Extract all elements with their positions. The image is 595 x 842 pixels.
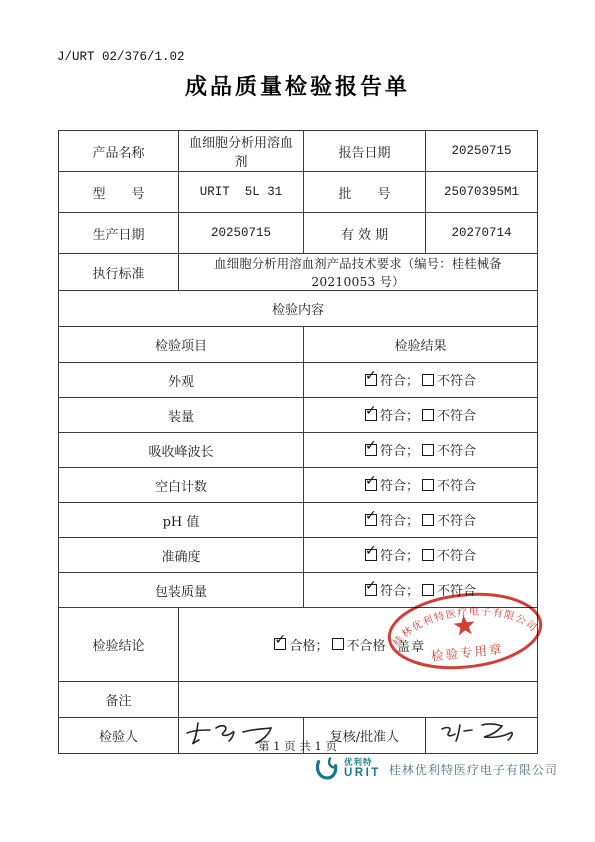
- label-conclusion: 检验结论: [59, 608, 179, 682]
- footer-company-name: 桂林优利特医疗电子有限公司: [389, 761, 558, 778]
- pass-label: 符合；: [380, 510, 419, 529]
- item-name-ph: pH 值: [59, 503, 304, 538]
- item-name-absorption-peak: 吸收峰波长: [59, 433, 304, 468]
- item-name-packaging: 包装质量: [59, 573, 304, 608]
- company-seal-stamp: 桂林优利特医疗电子有限公司 检验专用章: [379, 581, 551, 682]
- checkbox-fail-empty-icon: [422, 409, 434, 421]
- value-model: URIT 5L 31: [179, 172, 304, 213]
- checkbox-pass-checked-icon: ✓: [365, 409, 377, 421]
- value-batch: 25070395M1: [426, 172, 538, 213]
- checkbox-pass-checked-icon: ✓: [365, 374, 377, 386]
- column-header-item: 检验项目: [59, 327, 304, 363]
- value-report-date: 20250715: [426, 131, 538, 172]
- checkbox-fail-empty-icon: [422, 444, 434, 456]
- table-row: 准确度 ✓符合；不符合: [59, 538, 538, 573]
- checkbox-fail-empty-icon: [422, 549, 434, 561]
- label-production-date: 生产日期: [59, 213, 179, 254]
- item-name-accuracy: 准确度: [59, 538, 304, 573]
- page-number: 第 1 页 共 1 页: [0, 738, 595, 754]
- report-page: J/URT 02/376/1.02 成品质量检验报告单 产品名称 血细胞分析用溶…: [0, 0, 595, 842]
- checkbox-fail-empty-icon: [422, 479, 434, 491]
- table-row: 执行标准 血细胞分析用溶血剂产品技术要求（编号：桂桂械备 20210053 号）: [59, 254, 538, 291]
- footer-brand: 优利特 URIT 桂林优利特医疗电子有限公司: [312, 755, 558, 783]
- table-row: 检验内容: [59, 291, 538, 327]
- value-expiry-date: 20270714: [426, 213, 538, 254]
- item-result: ✓符合；不符合: [304, 468, 538, 503]
- table-row: 型 号 URIT 5L 31 批 号 25070395M1: [59, 172, 538, 213]
- conclusion-pass-label: 合格；: [289, 635, 328, 654]
- label-expiry-date: 有 效 期: [304, 213, 426, 254]
- fail-label: 不符合: [437, 510, 476, 529]
- label-product-name: 产品名称: [59, 131, 179, 172]
- table-row: 备注: [59, 682, 538, 718]
- label-report-date: 报告日期: [304, 131, 426, 172]
- item-name-fill-volume: 装量: [59, 398, 304, 433]
- pass-label: 符合；: [380, 370, 419, 389]
- label-model: 型 号: [59, 172, 179, 213]
- table-row: 吸收峰波长 ✓符合；不符合: [59, 433, 538, 468]
- item-result: ✓符合；不符合: [304, 503, 538, 538]
- item-result: ✓符合；不符合: [304, 433, 538, 468]
- item-name-appearance: 外观: [59, 363, 304, 398]
- remarks-value: [179, 682, 538, 718]
- table-row: 装量 ✓符合；不符合: [59, 398, 538, 433]
- urit-logo-icon: [312, 755, 338, 783]
- checkbox-pass-checked-icon: ✓: [274, 638, 286, 650]
- checkbox-pass-checked-icon: ✓: [365, 584, 377, 596]
- seal-label-text: 检验专用章: [430, 641, 504, 663]
- column-header-result: 检验结果: [304, 327, 538, 363]
- item-result: ✓符合；不符合: [304, 363, 538, 398]
- checkbox-pass-checked-icon: ✓: [365, 444, 377, 456]
- label-standard: 执行标准: [59, 254, 179, 291]
- table-row: 生产日期 20250715 有 效 期 20270714: [59, 213, 538, 254]
- checkbox-pass-checked-icon: ✓: [365, 514, 377, 526]
- checkbox-fail-empty-icon: [422, 374, 434, 386]
- fail-label: 不符合: [437, 475, 476, 494]
- table-row: pH 值 ✓符合；不符合: [59, 503, 538, 538]
- item-result: ✓符合；不符合: [304, 538, 538, 573]
- label-remarks: 备注: [59, 682, 179, 718]
- fail-label: 不符合: [437, 440, 476, 459]
- pass-label: 符合；: [380, 475, 419, 494]
- item-result: ✓符合；不符合: [304, 398, 538, 433]
- checkbox-pass-checked-icon: ✓: [365, 549, 377, 561]
- fail-label: 不符合: [437, 545, 476, 564]
- doc-number: J/URT 02/376/1.02: [57, 50, 185, 64]
- logo-text-en: URIT: [344, 768, 381, 780]
- checkbox-fail-empty-icon: [422, 514, 434, 526]
- table-row: 外观 ✓符合；不符合: [59, 363, 538, 398]
- pass-label: 符合；: [380, 405, 419, 424]
- checkbox-fail-empty-icon: [332, 638, 344, 650]
- value-product-name: 血细胞分析用溶血剂: [179, 131, 304, 172]
- value-standard: 血细胞分析用溶血剂产品技术要求（编号：桂桂械备 20210053 号）: [179, 254, 538, 291]
- item-name-blank-count: 空白计数: [59, 468, 304, 503]
- page-title: 成品质量检验报告单: [0, 70, 595, 101]
- checkbox-pass-checked-icon: ✓: [365, 479, 377, 491]
- section-header-inspection: 检验内容: [59, 291, 538, 327]
- table-row: 检验项目 检验结果: [59, 327, 538, 363]
- conclusion-fail-label: 不合格: [347, 635, 386, 654]
- fail-label: 不符合: [437, 370, 476, 389]
- table-row: 空白计数 ✓符合；不符合: [59, 468, 538, 503]
- pass-label: 符合；: [380, 545, 419, 564]
- value-production-date: 20250715: [179, 213, 304, 254]
- table-row: 产品名称 血细胞分析用溶血剂 报告日期 20250715: [59, 131, 538, 172]
- pass-label: 符合；: [380, 440, 419, 459]
- label-batch: 批 号: [304, 172, 426, 213]
- fail-label: 不符合: [437, 405, 476, 424]
